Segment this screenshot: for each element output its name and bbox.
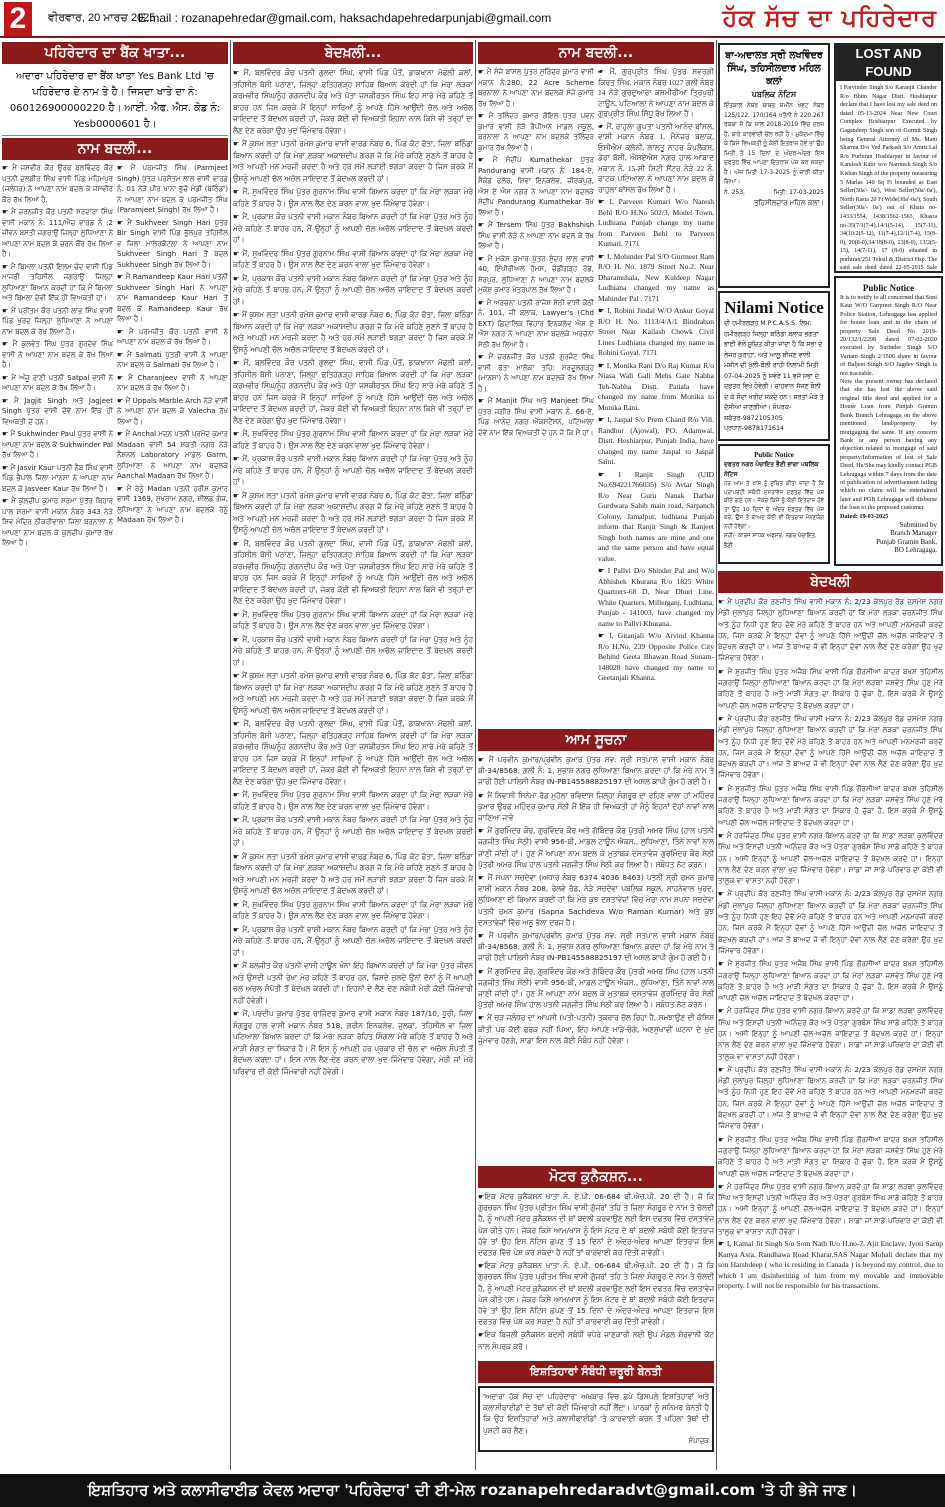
disclaimer-signature: ਸੰਪਾਦਕ: [483, 1436, 709, 1447]
classified-item: ☛ ਮੈਂ, ਸੁਖਵਿੰਦਰ ਸਿੰਘ ਪੁੱਤਰ ਗੁਰਨਾਮ ਸਿੰਘ ਵ…: [233, 248, 473, 271]
nilami-body: ਦੀ ਹਮੀਰਗੜ੍ਹ M.P.C.A.S.S. ਲਿਮ: ਹਮੀਰਗੜ੍ਹ ਜ…: [724, 319, 824, 414]
classified-item: ☛ ਮੈਂ ਸੁਰਜੀਤ ਸਿੰਘ ਪੁੱਤਰ ਅਜੈਬ ਸਿੰਘ ਵਾਸੀ ਪ…: [718, 783, 943, 828]
classified-item: ☛ ਮੈਂ Jagjit Singh ਅਤੇ Jagjeet Singh ਪੁੱ…: [2, 396, 113, 428]
classified-item: ☛ ਮੈਂ ਮੁਕੇਸ਼ ਕੁਮਾਰ ਪੁੱਤਰ ਸੁੰਦਰ ਲਾਲ ਵਾਸੀ …: [478, 254, 594, 296]
classified-item: ☛ ਮੈਂ ਨਿਵਾਸੀ ਸਿਨੇਮਾ ਰੋਡ ਮੁਹੱਲਾ ਰਵਿਦਾਸ ਜਿ…: [478, 790, 714, 824]
newspaper-logo: ਹੱਕ ਸੱਚ ਦਾ ਪਹਿਰੇਦਾਰ: [722, 2, 937, 34]
classified-item: ☛ ਮੈਂ ਸਪਨਾ ਸਚਦੇਵਾ (ਅਧਾਰ ਨੰਬਰ 6374 4036 8…: [478, 872, 714, 928]
classified-item: ☛ ਮੈਂ ਪ੍ਰਦੀਪ ਕੌਰ ਰਣਜੀਤ ਸਿੰਘ ਵਾਸੀ ਮਕਾਨ ਨੰ…: [718, 713, 943, 781]
column-4: ਬਾ-ਅਦਾਲਤ ਸ੍ਰੀ ਲਖਵਿੰਦਰ ਸਿੰਘ, ਤਹਿਸੀਲਦਾਰ ਮਹ…: [718, 40, 943, 1472]
classified-item: ☛ ਮੈਂ ਕੁਲਵੰਤ ਸਿੰਘ ਪੁੱਤਰ ਗੁਰਦੇਵ ਸਿੰਘ ਵਾਸੀ…: [2, 339, 113, 371]
classified-item: ☛ ਮੈਂ ਤਲਿੰਦਰ ਕੁਮਾਰ ਗੋਇਲ ਪੁੱਤਰ ਪਵਨ ਕੁਮਾਰ …: [478, 111, 594, 153]
name-change-right-column: ☛ ਮੈਂ, ਗੁਰਪ੍ਰੀਤ ਸਿੰਘ ਪੁੱਤਰ ਸਵਰਗੀ ਕਿਰਤ ਸਿ…: [598, 67, 714, 727]
classified-item: ☛ ਮੈਂ, ਬਲਵਿੰਦਰ ਕੌਰ ਪਤਨੀ ਗੁਲਦਾ ਸਿੰਘ, ਵਾਸੀ…: [233, 357, 473, 426]
court-notice-footer: ਨੰ. 253, ਮਿਤੀ: 17-03-2025: [724, 188, 824, 198]
court-public-notice: ਬਾ-ਅਦਾਲਤ ਸ੍ਰੀ ਲਖਵਿੰਦਰ ਸਿੰਘ, ਤਹਿਸੀਲਦਾਰ ਮਹ…: [718, 43, 830, 288]
classified-item: ☛ ਮੈਂ Jasvir Kaur ਪਤਨੀ ਨੈਬ ਸਿੰਘ ਵਾਸੀ ਪਿੰ…: [2, 463, 113, 495]
pgb-notice-body-2: Now the present owner has declared that …: [840, 378, 937, 513]
classified-item: ☛ ਮੈਂ, ਪ੍ਰਕਾਸ਼ ਕੌਰ ਪਤਨੀ ਵਾਸੀ ਮਕਾਨ ਨੰਬਰ ਬ…: [233, 634, 473, 669]
classified-item: ☛ ਮੈਂ, ਪ੍ਰਕਾਸ਼ ਕੌਰ ਪਤਨੀ ਵਾਸੀ ਮਕਾਨ ਨੰਬਰ ਬ…: [233, 814, 473, 849]
classified-item: ☛ ਮੈਂ, ਪ੍ਰਕਾਸ਼ ਕੌਰ ਪਤਨੀ ਵਾਸੀ ਮਕਾਨ ਨੰਬਰ ਬ…: [233, 453, 473, 488]
classified-item: ☛ ਮੈਂ ਕੁਸਮ ਲਤਾ ਪਤਨੀ ਰਮੇਸ਼ ਕੁਮਾਰ ਵਾਸੀ ਵਾਰ…: [233, 670, 473, 716]
court-notice-title: ਬਾ-ਅਦਾਲਤ ਸ੍ਰੀ ਲਖਵਿੰਦਰ ਸਿੰਘ, ਤਹਿਸੀਲਦਾਰ ਮਹ…: [724, 49, 824, 88]
classified-item: ☛ ਮੈਂ, ਪ੍ਰਕਾਸ਼ ਕੌਰ ਪਤਨੀ ਵਾਸੀ ਮਕਾਨ ਨੰਬਰ ਬ…: [233, 211, 473, 246]
classified-item: ☛ ਮੈਂ ਬਲਜੀਤ ਕੌਰ ਪਤਨੀ ਵਾਸੀ ਟਾਊਨ ਖੰਨਾ ਇਹ ਬ…: [233, 960, 473, 1006]
disinheritance-listing: ☛ ਮੈਂ, ਬਲਵਿੰਦਰ ਕੌਰ ਪਤਨੀ ਗੁਲਦਾ ਸਿੰਘ, ਵਾਸੀ…: [233, 67, 473, 1077]
classified-item: ☛ I, Mohinder Pal S/O Gurmeet Ram R/O H.…: [598, 252, 714, 305]
court-notice-ref: ਨੰ. 253,: [724, 188, 745, 198]
column-divider: [475, 40, 476, 1470]
classified-item: ☛ ਮੈਂ ਪਰਵੀਨ ਕੁਮਾਰ/ਪ੍ਰਵੀਨ ਕੁਮਾਰ ਪੁੱਤਰ ਸਵ.…: [478, 930, 714, 964]
classified-item: ☛ ਮੈਂ ਅਰਚਨਾ ਪਤਨੀ ਰਾਜੇਸ਼ ਸੇਠੀ ਵਾਸੀ ਕੋਠੀ ਨ…: [478, 298, 594, 351]
classified-item: ☛ ਮੈਂ Tersem ਸਿੰਘ ਪੁੱਤਰ Bakhshish ਸਿੰਘ ਵ…: [478, 220, 594, 252]
classified-item: ☛ ਮੈਂ ਕੁਸਮ ਲਤਾ ਪਤਨੀ ਰਮੇਸ਼ ਕੁਮਾਰ ਵਾਸੀ ਵਾਰ…: [233, 490, 473, 536]
footer-banner: ਇਸ਼ਤਿਹਾਰ ਅਤੇ ਕਲਾਸੀਫਾਈਡ ਕੇਵਲ ਅਦਾਰਾ 'ਪਹਿਰੇ…: [0, 1474, 945, 1507]
classified-item: ☛ ਮੈਂ, ਗੁਰਪ੍ਰੀਤ ਸਿੰਘ ਪੁੱਤਰ ਸਵਰਗੀ ਕਿਰਤ ਸਿ…: [598, 67, 714, 120]
pgb-public-notice: Public Notice It is to notify to all con…: [834, 276, 943, 566]
classified-item: ☛ ਮੈਂ Ramandeep Kaur Hari ਪਤਨੀ Sukhveer …: [117, 272, 228, 325]
classified-item: ☛ ਮੈਂ ਗੁਰਮਿੰਦਰ ਕੌਰ, ਗੁਰਵਿੰਦਰ ਕੌਰ ਅਤੇ ਗੋਬ…: [478, 966, 714, 1011]
public-notice-title: Public Notice: [724, 450, 824, 460]
section-header-motor-connection: ਮੋਟਰ ਕੁਨੈਕਸ਼ਨ...: [478, 1166, 714, 1188]
nilami-notice: Nilami Notice ਦੀ ਹਮੀਰਗੜ੍ਹ M.P.C.A.S.S. ਲ…: [718, 291, 830, 441]
classified-item: ☛ ਮੈਂ ਹਰਜਿੰਦਰ ਸਿੰਘ ਪੁੱਤਰ ਵਾਸੀ ਨਗਰ ਬਿਆਨ ਕ…: [718, 1005, 943, 1061]
page-number: 2: [4, 2, 32, 36]
classified-item: ☛ ਮੈਂ ਸੁਰਜੀਤ ਸਿੰਘ ਪੁੱਤਰ ਅਜੈਬ ਸਿੰਘ ਵਾਸੀ ਪ…: [718, 666, 943, 711]
classified-item: ☛ ਮੈਂ Charanjeev ਵਾਸੀ ਨੇ ਆਪਣਾ ਨਾਮ ਬਦਲ ਕੇ…: [117, 373, 228, 394]
classified-item: ☛ ਮੈਂ ਸੁਰਜੀਤ ਸਿੰਘ ਪੁੱਤਰ ਅਜੈਬ ਸਿੰਘ ਵਾਸੀ ਪ…: [718, 1134, 943, 1179]
classified-item: ☛ ਮੈਂ ਜਸਵੀਰ ਕੌਰ ਉਰਫ ਬਲਵਿੰਦਰ ਕੌਰ ਪਤਨੀ ਦਲਬ…: [2, 163, 113, 205]
section-header-general-notice: ਆਮ ਸੂਚਨਾ: [478, 729, 714, 751]
classified-item: ☛ ਮੈਂ, ਪ੍ਰਕਾਸ਼ ਕੌਰ ਪਤਨੀ ਵਾਸੀ ਮਕਾਨ ਨੰਬਰ ਬ…: [233, 924, 473, 959]
pgb-notice-title: Public Notice: [840, 282, 937, 294]
pgb-notice-dated: Dated: 19-03-2025: [840, 513, 937, 521]
classified-item: ☛ ਮੈਂ, ਸੁਖਵਿੰਦਰ ਸਿੰਘ ਪੁੱਤਰ ਗੁਰਨਾਮ ਸਿੰਘ ਵ…: [233, 186, 473, 209]
section-header-disinheritance: ਬੇਦਖ਼ਲੀ...: [233, 42, 473, 64]
court-notice-signature: ਤਹਿਸੀਲਦਾਰ ਮਹਿਲ ਕਲਾਂ।: [724, 198, 824, 208]
classified-item: ☛ I, Jaspal S/o Prem Chand R/o Vill. Ran…: [598, 415, 714, 468]
classified-item: ☛ ਮੈਂ ਪਰਵੀਨ ਕੁਮਾਰ/ਪ੍ਰਵੀਨ ਕੁਮਾਰ ਪੁੱਤਰ ਸਵ.…: [478, 754, 714, 788]
column-2: ਬੇਦਖ਼ਲੀ... ☛ ਮੈਂ, ਬਲਵਿੰਦਰ ਕੌਰ ਪਤਨੀ ਗੁਲਦਾ…: [233, 40, 473, 1472]
motor-connection-listing: ☛ਇਕ ਮੋਟਰ ਕੁਨੈਕਸ਼ਨ ਖਾਤਾ ਨੰ. ਏ.ਪੀ. 06-684 …: [478, 1191, 714, 1359]
court-notice-date: ਮਿਤੀ: 17-03-2025: [774, 188, 824, 198]
classified-item: ☛ ਮੈਂ Manjit ਸਿੰਘ ਅਤੇ Manjeet ਸਿੰਘ ਪੁੱਤਰ…: [478, 396, 594, 438]
signature-line: Punjab Gramin Bank,: [840, 538, 937, 546]
classified-item: ☛ I, Gitanjali W/o Arvind Khanna R/o H.N…: [598, 631, 714, 684]
public-notice-subtitle: ਦਫਤਰ ਨਗਰ ਪੰਚਾਇਤ ਭੈਣੀ ਭਾਗਾ ਪਬਲਿਕ ਨੋਟਿਸ: [724, 460, 824, 480]
pgb-notice-signature: Submitted by Branch Manager Punjab Grami…: [840, 521, 937, 555]
column-divider: [230, 40, 231, 1470]
classified-item: ☛ਇਕ ਮੋਟਰ ਕੁਨੈਕਸ਼ਨ ਖਾਤਾ ਨੰ. ਏ.ਪੀ. 06-684 …: [478, 1260, 714, 1327]
classified-item: ☛ ਮੈਂ ਹਰਜਿੰਦਰ ਸਿੰਘ ਪੁੱਤਰ ਵਾਸੀ ਨਗਰ ਬਿਆਨ ਕ…: [718, 830, 943, 886]
classified-item: ☛ ਮੈਂ Anchal ਮਦਨ ਪਤਨੀ ਪ੍ਰਮੋਦ ਕੁਮਾਰ Madaa…: [117, 429, 228, 482]
disclaimer-text: 'ਅਦਾਰਾ ਹੱਕ ਸੱਚ ਦਾ ਪਹਿਰੇਦਾਰ' ਅਖ਼ਬਾਰ ਵਿਚ ਛ…: [483, 1392, 709, 1435]
classified-item: ☛ ਮੈਂ ਚਰਨਜੀਤ ਕੌਰ ਪਤਨੀ ਗੁਰਜੰਟ ਸਿੰਘ ਵਾਸੀ ਫ…: [478, 352, 594, 394]
classified-item: ☛ I Ranjit Singh (UID No.694221766035) S…: [598, 470, 714, 565]
classified-item: ☛ ਮੈਂ ਕੁਸਮ ਲਤਾ ਪਤਨੀ ਰਮੇਸ਼ ਕੁਮਾਰ ਵਾਸੀ ਵਾਰ…: [233, 138, 473, 184]
classified-item: ☛ ਮੈਂ ਪ੍ਰਦੀਪ ਕੌਰ ਰਣਜੀਤ ਸਿੰਘ ਵਾਸੀ ਮਕਾਨ ਨੰ…: [718, 1064, 943, 1132]
classified-item: ☛ ਮੈਂ ਹਰਜਿੰਦਰ ਸਿੰਘ ਪੁੱਤਰ ਵਾਸੀ ਨਗਰ ਬਿਆਨ ਕ…: [718, 1181, 943, 1237]
classified-item: ☛ ਮੈਂ ਕੁਸਮ ਲਤਾ ਪਤਨੀ ਰਮੇਸ਼ ਕੁਮਾਰ ਵਾਸੀ ਵਾਰ…: [233, 851, 473, 897]
lost-and-found-title: LOST AND FOUND: [836, 45, 941, 81]
general-notice-listing: ☛ ਮੈਂ ਪਰਵੀਨ ਕੁਮਾਰ/ਪ੍ਰਵੀਨ ਕੁਮਾਰ ਪੁੱਤਰ ਸਵ.…: [478, 754, 714, 1164]
classified-item: ☛ ਮੈਂ, ਬਲਵਿੰਦਰ ਕੌਰ ਪਤਨੀ ਗੁਲਦਾ ਸਿੰਘ, ਵਾਸੀ…: [233, 718, 473, 787]
classified-item: ☛ ਮੈਂ ਸੰਦੀਪ Kumathekar ਪੁੱਤਰ Pandurang ਵ…: [478, 155, 594, 218]
public-notice-signature: ਸਹੀ/- ਕਾਰਜ ਸਾਧਕ ਅਫਸਰ, ਨਗਰ ਪੰਚਾਇਤ, ਭੈਣੀ: [724, 531, 824, 551]
classified-item: ☛ ਮੈਂ ਪ੍ਰੀਤਮ ਕੌਰ ਪਤਨੀ ਲਾਭ ਸਿੰਘ ਵਾਸੀ ਪਿੰਡ…: [2, 306, 113, 338]
notices-top-right: LOST AND FOUND I Parvinder Singh S/o Kar…: [834, 40, 943, 569]
classified-item: ☛ਇਕ ਮੋਟਰ ਕੁਨੈਕਸ਼ਨ ਖਾਤਾ ਨੰ. ਏ.ਪੀ. 06-684 …: [478, 1191, 714, 1258]
column-3: ਨਾਮ ਬਦਲੀ... ☛ ਮੈਂ ਸੰਜੇ ਬਾਂਸਲ ਪੁੱਤਰ ਸੁਰਿੰ…: [478, 40, 714, 1472]
classified-item: ☛ I Pallvi D/o Shinder Pal and W/o Abhis…: [598, 566, 714, 629]
notices-top-row: ਬਾ-ਅਦਾਲਤ ਸ੍ਰੀ ਲਖਵਿੰਦਰ ਸਿੰਘ, ਤਹਿਸੀਲਦਾਰ ਮਹ…: [718, 40, 943, 569]
classified-item: ☛ ਮੈਂ ਚੜ ਜਲੰਧਰ ਦਾ ਆਪਸੀ (ਪਤੀ-ਪਤਨੀ) ਤਕਰਾਰ …: [478, 1012, 714, 1046]
classified-item: ☛ ਮੈਂ, ਸੁਖਵਿੰਦਰ ਸਿੰਘ ਪੁੱਤਰ ਗੁਰਨਾਮ ਸਿੰਘ ਵ…: [233, 428, 473, 451]
classified-item: ☛ ਮੈਂ, ਸੁਖਵਿੰਦਰ ਸਿੰਘ ਪੁੱਤਰ ਗੁਰਨਾਮ ਸਿੰਘ ਵ…: [233, 899, 473, 922]
classified-item: ☛ ਮੈਂ, ਬਲਵਿੰਦਰ ਕੌਰ ਪਤਨੀ ਗੁਲਦਾ ਸਿੰਘ, ਵਾਸੀ…: [233, 538, 473, 607]
classified-item: ☛ ਮੈਂ ਕੁਸਮ ਲਤਾ ਪਤਨੀ ਰਮੇਸ਼ ਕੁਮਾਰ ਵਾਸੀ ਵਾਰ…: [233, 309, 473, 355]
classified-item: ☛ ਮੈਂ Salmati ਪੁੱਤਰੀ ਵਾਸੀ ਨੇ ਆਪਣਾ ਨਾਮ ਬਦ…: [117, 350, 228, 371]
notices-top-left: ਬਾ-ਅਦਾਲਤ ਸ੍ਰੀ ਲਖਵਿੰਦਰ ਸਿੰਘ, ਤਹਿਸੀਲਦਾਰ ਮਹ…: [718, 40, 830, 569]
section-header-ad-disclaimer: ਇਸ਼ਤਿਹਾਰਾਂ ਸੰਬੰਧੀ ਜ਼ਰੂਰੀ ਬੇਨਤੀ: [478, 1361, 714, 1383]
classified-item: ☛ ਮੈਂ ਕੁਲਦੀਪ ਕੁਮਾਰ ਸ਼ਰਮਾ ਪੁੱਤਰ ਬਿਹਾਰ ਪਾਲ…: [2, 496, 113, 549]
section-header-disinheritance: ਬੇਦਖਲੀ: [718, 571, 943, 593]
classified-item: ☛ਇਕ ਬਿਜਲੀ ਕੁਨੈਕਸ਼ਨ ਬਦਲੀ ਸਬੰਧੀ ਵਧੇਰੇ ਜਾਣਕ…: [478, 1329, 714, 1351]
nilami-secretary-phone: ਸਕੱਤਰ-9872105305: [724, 414, 824, 424]
classified-item: ☛ ਮੈਂ ਸੰਜੇ ਬਾਂਸਲ ਪੁੱਤਰ ਸੁਰਿੰਦਰ ਕੁਮਾਰ ਵਾਸ…: [478, 67, 594, 109]
court-notice-subtitle: ਪਬਲਿਕ ਨੋਟਿਸ: [724, 88, 824, 102]
court-notice-body: ਇੰਤਕਾਲ ਨੰਬਰ ਬਾਬਤ ਜ਼ਮੀਨ ਖੇਵਟ ਨੰਬਰ 125/122…: [724, 102, 824, 188]
classified-item: ☛ ਮੈਂ ਪ੍ਰਦੀਪ ਕੌਰ ਰਣਜੀਤ ਸਿੰਘ ਵਾਸੀ ਮਕਾਨ ਨੰ…: [718, 596, 943, 664]
bank-account-info: ਅਦਾਰਾ ਪਹਿਰੇਦਾਰ ਦਾ ਬੈਂਕ ਖਾਤਾ Yes Bank Ltd…: [2, 67, 228, 136]
nilami-president-phone: ਪ੍ਰਧਾਨ-9878171614: [724, 424, 824, 434]
classified-item: ☛ ਮੈਂ ਪਰਮਜੀਤ ਕੌਰ ਪਤਨੀ ਵਾਸੀ ਨੇ ਆਪਣਾ ਨਾਮ ਬ…: [117, 327, 228, 348]
classified-item: ☛ I, Kamal Jit Singh S/o Som Nath R/o H.…: [718, 1239, 943, 1292]
classified-item: ☛ ਮੈਂ ਗੁਰਮਿੰਦਰ ਕੌਰ, ਗੁਰਵਿੰਦਰ ਕੌਰ ਅਤੇ ਗੋਬ…: [478, 825, 714, 870]
classified-item: ☛ ਮੈਂ ਰੇਨੂੰ Madan ਪਤਨੀ ਹਰੀਸ਼ ਕੁਮਾਰ ਵਾਸੀ …: [117, 484, 228, 526]
classified-item: ☛ I, Monika Rani D/o Raj Kumar R/o Niasa…: [598, 361, 714, 414]
name-change-right-column: ☛ ਮੈਂ ਪਰਮਜੀਤ ਸਿੰਘ (Parmjeet Singh) ਪੁੱਤਰ…: [117, 163, 228, 551]
lost-and-found-notice: LOST AND FOUND I Parvinder Singh S/o Kar…: [834, 43, 943, 273]
classified-item: ☛ ਮੈਂ, ਰਾਹੁਲਾ ਗੁਪਤਾ ਪਤਨੀ ਆਨੰਦ ਬਾਂਸਲ, ਵਾਸ…: [598, 122, 714, 196]
classified-item: ☛ ਮੈਂ ਅੰਜੂ ਰਾਣੀ ਪਤਨੀ Satpal ਵਾਸੀ ਨੇ ਆਪਣਾ…: [2, 373, 113, 394]
name-change-listing: ☛ ਮੈਂ ਸੰਜੇ ਬਾਂਸਲ ਪੁੱਤਰ ਸੁਰਿੰਦਰ ਕੁਮਾਰ ਵਾਸ…: [478, 67, 714, 727]
section-header-name-change: ਨਾਮ ਬਦਲੀ...: [2, 138, 228, 160]
classified-item: ☛ ਮੈਂ ਪਰਮਜੀਤ ਸਿੰਘ (Parmjeet Singh) ਪੁੱਤਰ…: [117, 163, 228, 216]
classified-item: ☛ ਮੈਂ Uppals Marble Arch ਨੇੜੇ ਵਾਸੀ ਨੇ ਆਪ…: [117, 396, 228, 428]
classified-item: ☛ ਮੈਂ, ਬਲਵਿੰਦਰ ਕੌਰ ਪਤਨੀ ਗੁਲਦਾ ਸਿੰਘ, ਵਾਸੀ…: [233, 67, 473, 136]
nilami-title: Nilami Notice: [724, 297, 824, 319]
classified-item: ☛ ਮੈਂ, ਪ੍ਰਕਾਸ਼ ਕੌਰ ਪਤਨੀ ਵਾਸੀ ਮਕਾਨ ਨੰਬਰ ਬ…: [233, 273, 473, 308]
classified-item: ☛ ਮੈਂ Sukhwinder Paul ਪੁੱਤਰ ਵਾਸੀ ਨੇ ਆਪਣਾ…: [2, 429, 113, 461]
section-header-name-change: ਨਾਮ ਬਦਲੀ...: [478, 42, 714, 64]
ad-disclaimer-box: 'ਅਦਾਰਾ ਹੱਕ ਸੱਚ ਦਾ ਪਹਿਰੇਦਾਰ' ਅਖ਼ਬਾਰ ਵਿਚ ਛ…: [478, 1386, 714, 1452]
column-divider: [716, 40, 717, 1470]
column-1: ਪਹਿਰੇਦਾਰ ਦਾ ਬੈਂਕ ਖਾਤਾ... ਅਦਾਰਾ ਪਹਿਰੇਦਾਰ …: [2, 40, 228, 1472]
classified-item: ☛ ਮੈਂ, ਪਰਦੀਪ ਕੁਮਾਰ ਪੁੱਤਰ ਰਾਜਿੰਦਰ ਕੁਮਾਰ ਵ…: [233, 1008, 473, 1077]
classified-item: ☛ I, Robini Jindal W/O Ankur Goyal R/O H…: [598, 306, 714, 359]
disinheritance-listing: ☛ ਮੈਂ ਪ੍ਰਦੀਪ ਕੌਰ ਰਣਜੀਤ ਸਿੰਘ ਵਾਸੀ ਮਕਾਨ ਨੰ…: [718, 596, 943, 1456]
signature-line: Branch Manager: [840, 529, 937, 537]
classified-item: ☛ ਮੈਂ ਪ੍ਰਦੀਪ ਕੌਰ ਰਣਜੀਤ ਸਿੰਘ ਵਾਸੀ ਮਕਾਨ ਨੰ…: [718, 888, 943, 956]
section-header-bank: ਪਹਿਰੇਦਾਰ ਦਾ ਬੈਂਕ ਖਾਤਾ...: [2, 42, 228, 64]
public-notice-body: ਹਰ ਆਮ ਤੇ ਖਾਸ ਨੂੰ ਸੂਚਿਤ ਕੀਤਾ ਜਾਂਦਾ ਹੈ ਕਿ …: [724, 480, 824, 531]
classified-item: ☛ ਮੈਂ ਬਿਮਲਾ ਪਤਨੀ ਇਲਮ ਚੰਦ ਵਾਸੀ ਪਿੰਡ ਮਾਜਰੀ…: [2, 262, 113, 304]
lost-and-found-body: I Parvinder Singh S/o Karanjit Chander R…: [840, 84, 937, 273]
classified-item: ☛ ਮੈਂ ਚਰਨਜੀਤ ਕੌਰ ਪਤਨੀ ਸਰਦਾਰਾ ਸਿੰਘ ਵਾਸੀ ਮ…: [2, 207, 113, 260]
municipal-public-notice: Public Notice ਦਫਤਰ ਨਗਰ ਪੰਚਾਇਤ ਭੈਣੀ ਭਾਗਾ …: [718, 444, 830, 564]
classified-item: ☛ ਮੈਂ, ਸੁਖਵਿੰਦਰ ਸਿੰਘ ਪੁੱਤਰ ਗੁਰਨਾਮ ਸਿੰਘ ਵ…: [233, 609, 473, 632]
pgb-notice-body: It is to notify to all concerned that So…: [840, 294, 937, 378]
classified-item: ☛ ਮੈਂ Sukhveer Singh Hari ਪੁੱਤਰ Bir Sing…: [117, 218, 228, 271]
masthead: 2 ਵੀਰਵਾਰ, 20 ਮਾਰਚ 2025 E.mail : rozanape…: [0, 0, 945, 38]
contact-email: E.mail : rozanapehredar@gmail.com, haksa…: [138, 11, 551, 25]
name-change-left-column: ☛ ਮੈਂ ਜਸਵੀਰ ਕੌਰ ਉਰਫ ਬਲਵਿੰਦਰ ਕੌਰ ਪਤਨੀ ਦਲਬ…: [2, 163, 113, 551]
name-change-listing: ☛ ਮੈਂ ਜਸਵੀਰ ਕੌਰ ਉਰਫ ਬਲਵਿੰਦਰ ਕੌਰ ਪਤਨੀ ਦਲਬ…: [2, 163, 228, 551]
signature-line: Submitted by: [840, 521, 937, 529]
classified-item: ☛ ਮੈਂ ਸੁਰਜੀਤ ਸਿੰਘ ਪੁੱਤਰ ਅਜੈਬ ਸਿੰਘ ਵਾਸੀ ਪ…: [718, 958, 943, 1003]
classified-item: ☛ ਮੈਂ, ਸੁਖਵਿੰਦਰ ਸਿੰਘ ਪੁੱਤਰ ਗੁਰਨਾਮ ਸਿੰਘ ਵ…: [233, 789, 473, 812]
classified-item: ☛ I, Parveen Kumari W/o Naresh Behl R/O …: [598, 197, 714, 250]
signature-line: BO Lehragaga.: [840, 546, 937, 554]
name-change-left-column: ☛ ਮੈਂ ਸੰਜੇ ਬਾਂਸਲ ਪੁੱਤਰ ਸੁਰਿੰਦਰ ਕੁਮਾਰ ਵਾਸ…: [478, 67, 594, 727]
